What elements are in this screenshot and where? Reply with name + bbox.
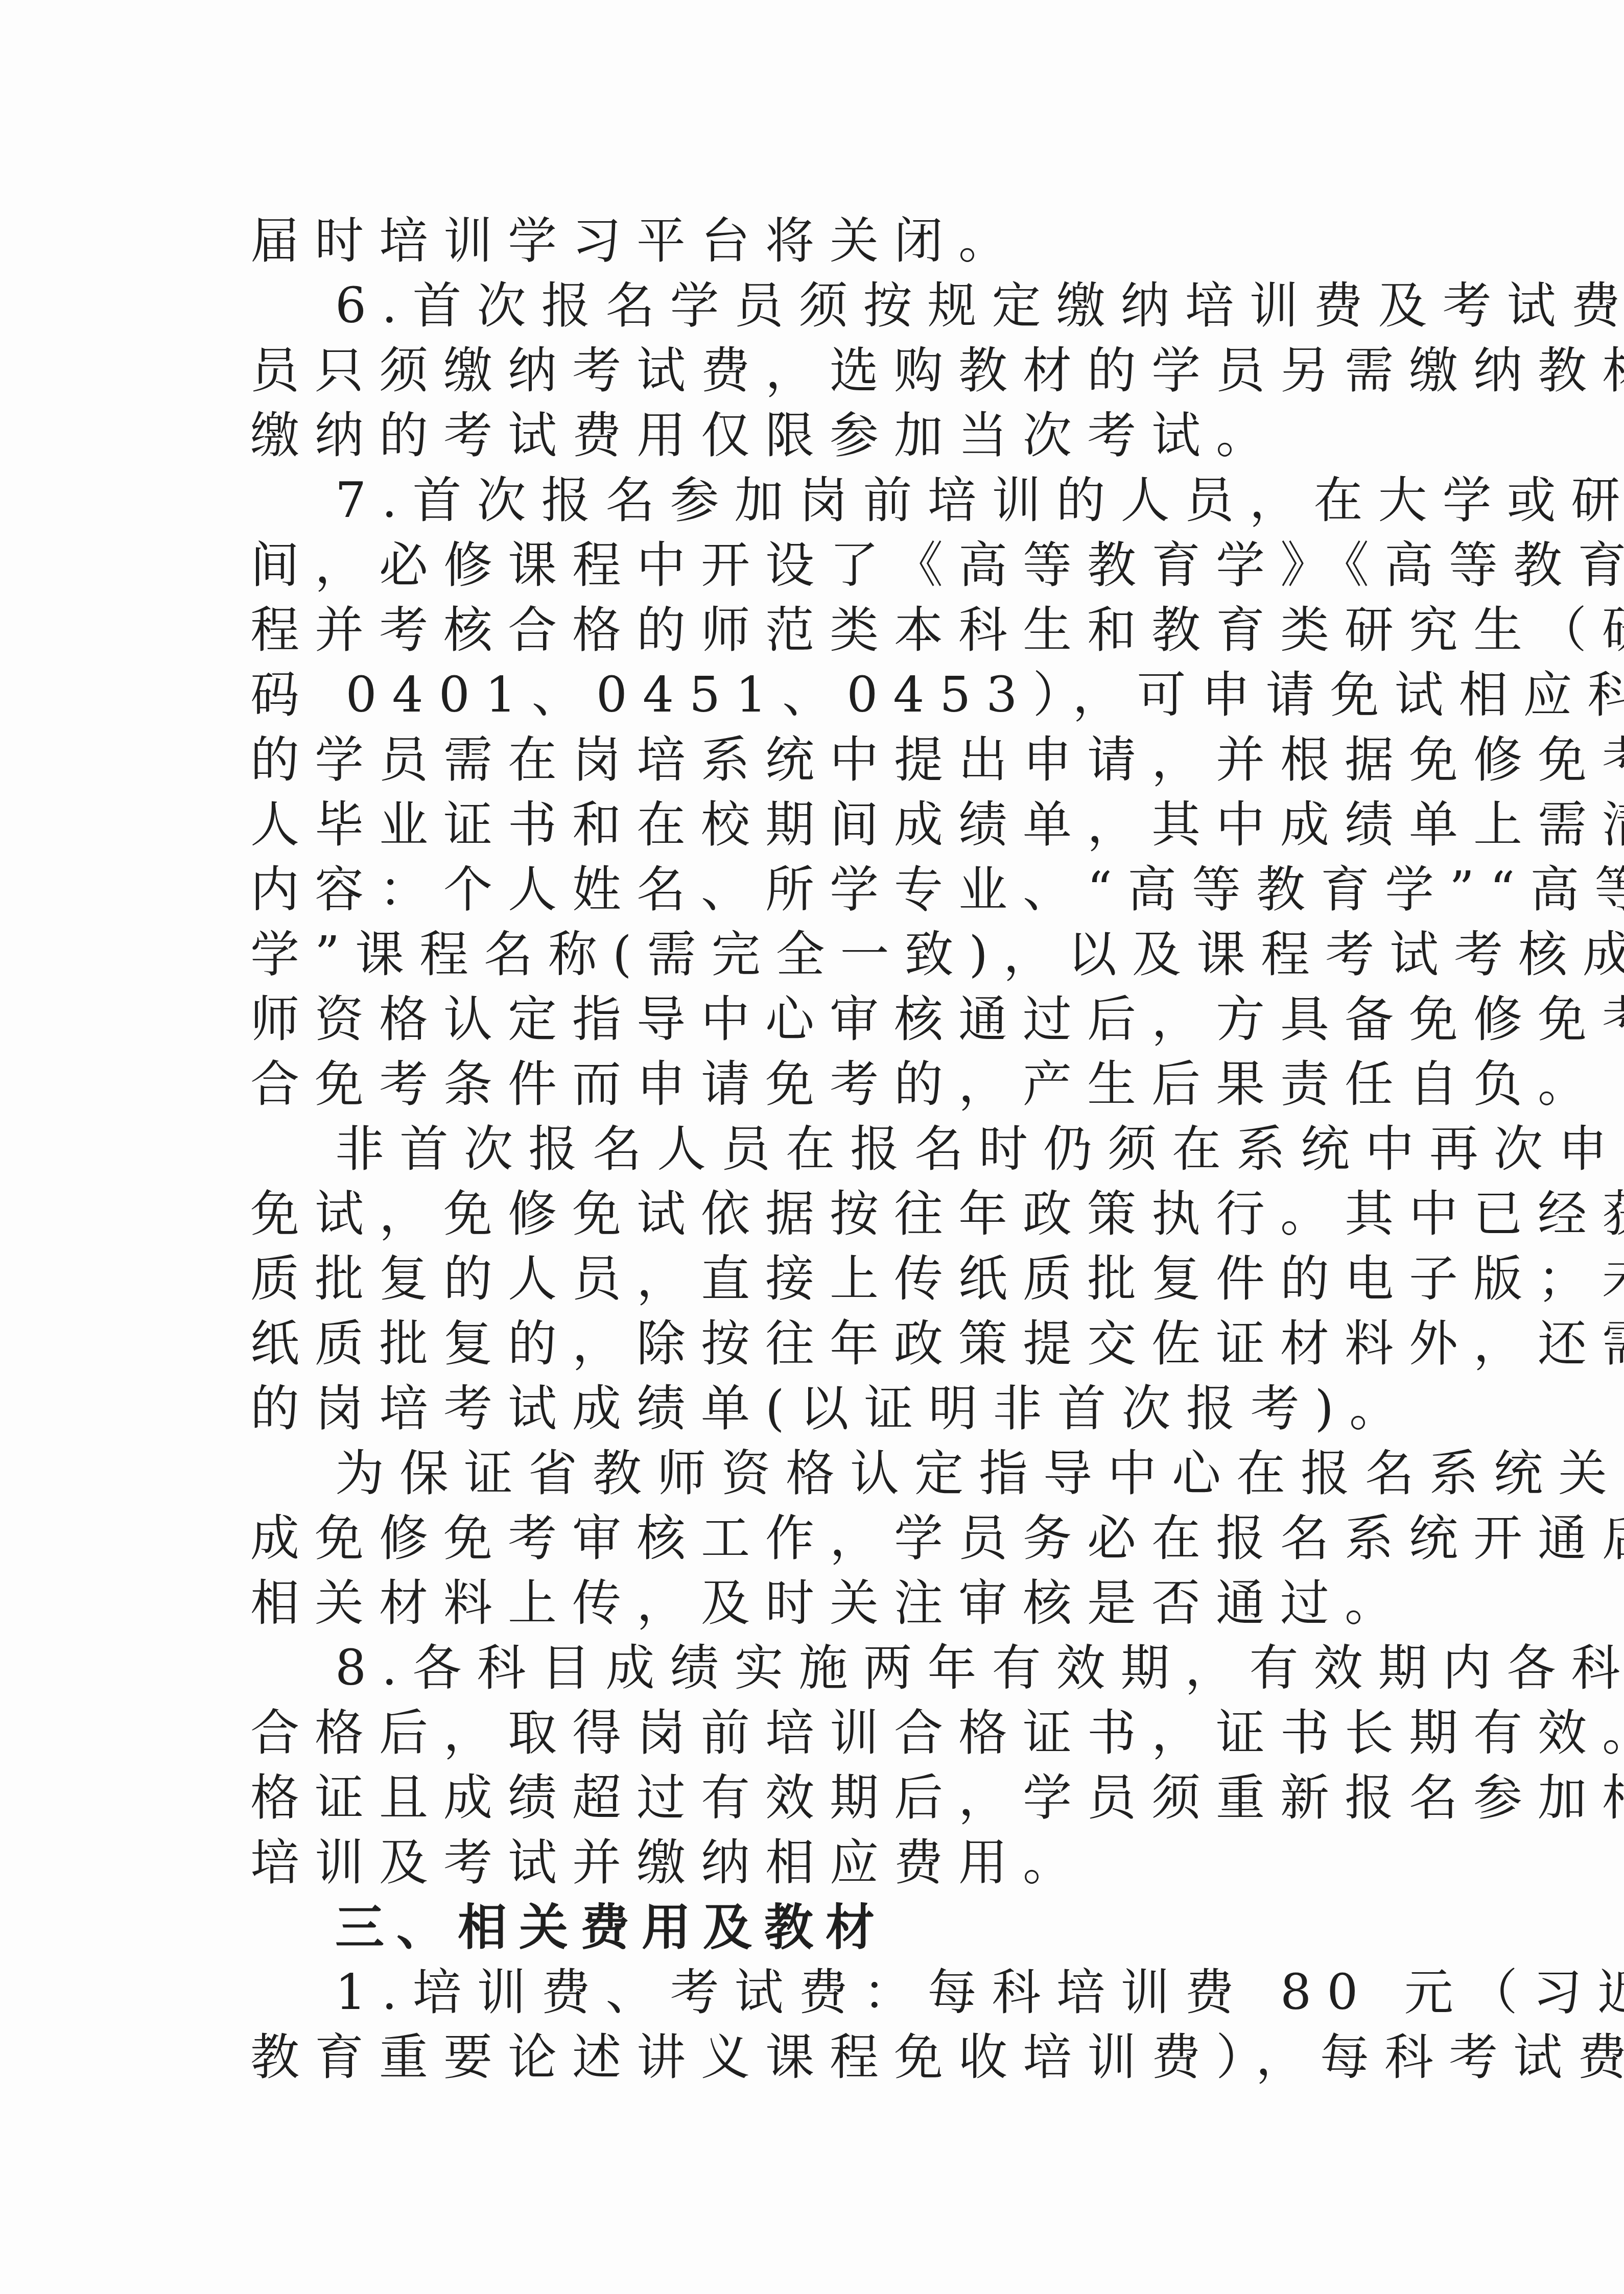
paragraph-line: 纸质批复的，除按往年政策提交佐证材料外，还需上传往年 [250,1311,1379,1376]
paragraph-line: 6.首次报名学员须按规定缴纳培训费及考试费，补考学 [250,273,1379,338]
paragraph-line: 合格后，取得岗前培训合格证书，证书长期有效。未取得合 [250,1700,1379,1765]
section-heading: 三、相关费用及教材 [250,1895,1379,1960]
paragraph-line: 为保证省教师资格认定指导中心在报名系统关闭前完 [250,1441,1379,1506]
paragraph-line: 质批复的人员，直接上传纸质批复件的电子版；未及时申请 [250,1246,1379,1311]
paragraph-line: 师资格认定指导中心审核通过后，方具备免修免考资格。不符 [250,987,1379,1052]
paragraph-line: 码 0401、0451、0453），可申请免试相应科目。申请免修免考 [250,663,1379,727]
paragraph-line: 内容：个人姓名、所学专业、“高等教育学”“高等教育心理 [250,857,1379,922]
document-page: 届时培训学习平台将关闭。 6.首次报名学员须按规定缴纳培训费及考试费，补考学 员… [250,208,1379,2090]
paragraph-line: 7.首次报名参加岗前培训的人员，在大学或研究生学习期 [250,468,1379,533]
paragraph-line: 培训及考试并缴纳相应费用。 [250,1830,1379,1895]
paragraph-line: 届时培训学习平台将关闭。 [250,208,1379,273]
paragraph-line: 人毕业证书和在校期间成绩单，其中成绩单上需清晰显示以下 [250,792,1379,857]
paragraph-line: 免试，免修免试依据按往年政策执行。其中已经获得免试纸 [250,1181,1379,1246]
paragraph-line: 间，必修课程中开设了《高等教育学》《高等教育心理学》课 [250,533,1379,598]
paragraph-line: 的学员需在岗培系统中提出申请，并根据免修免考条件上传本 [250,727,1379,792]
paragraph-line: 非首次报名人员在报名时仍须在系统中再次申请免修 [250,1117,1379,1181]
paragraph-line: 的岗培考试成绩单(以证明非首次报考)。 [250,1376,1379,1441]
paragraph-line: 8.各科目成绩实施两年有效期，有效期内各科成绩全部 [250,1636,1379,1700]
paragraph-line: 学”课程名称(需完全一致)，以及课程考试考核成绩。经省教 [250,922,1379,987]
paragraph-line: 合免考条件而申请免考的，产生后果责任自负。 [250,1052,1379,1117]
paragraph-line: 成免修免考审核工作，学员务必在报名系统开通后尽快完成 [250,1506,1379,1571]
paragraph-line: 教育重要论述讲义课程免收培训费），每科考试费 20 元。 [250,2025,1379,2090]
paragraph-line: 缴纳的考试费用仅限参加当次考试。 [250,403,1379,468]
paragraph-line: 相关材料上传，及时关注审核是否通过。 [250,1571,1379,1636]
paragraph-line: 格证且成绩超过有效期后，学员须重新报名参加相应科目的 [250,1765,1379,1830]
paragraph-line: 程并考核合格的师范类本科生和教育类研究生（研究生专业代 [250,598,1379,663]
paragraph-line: 员只须缴纳考试费，选购教材的学员另需缴纳教材费。考生 [250,338,1379,403]
paragraph-line: 1.培训费、考试费：每科培训费 80 元（习近平总书记 [250,1960,1379,2025]
